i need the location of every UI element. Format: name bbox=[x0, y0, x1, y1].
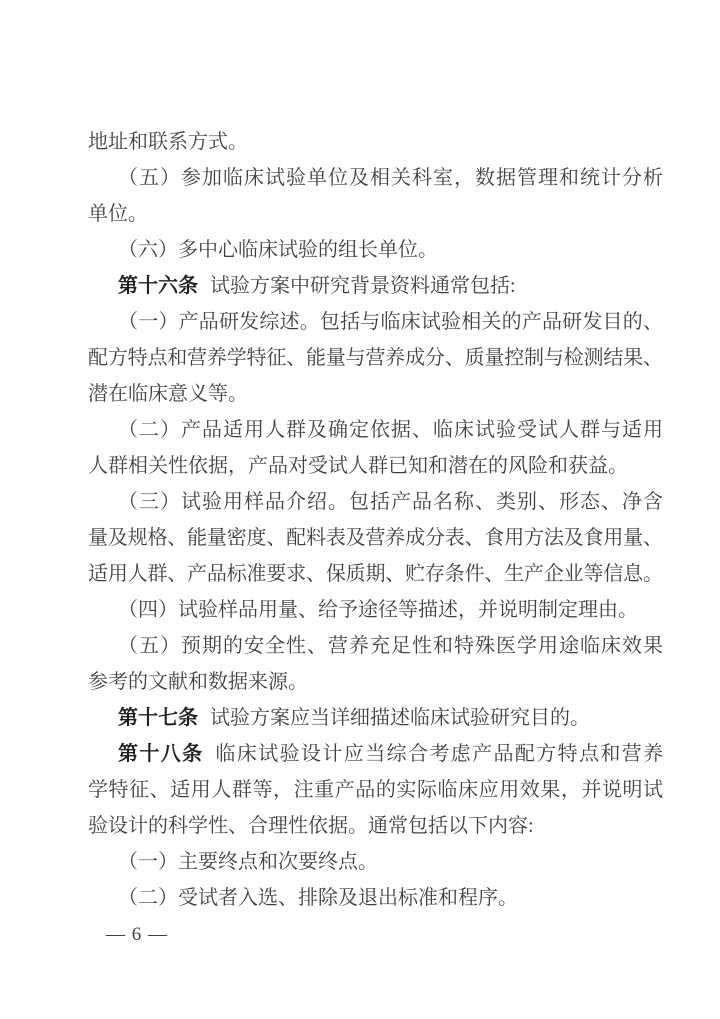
paragraph: （二）受试者入选、排除及退出标准和程序。 bbox=[88, 880, 663, 916]
document-page: 地址和联系方式。（五）参加临床试验单位及相关科室，数据管理和统计分析单位。（六）… bbox=[0, 0, 720, 1019]
text-line: 地址和联系方式。 bbox=[88, 124, 663, 160]
text-line: （六）多中心临床试验的组长单位。 bbox=[88, 232, 663, 268]
paragraph: （一）产品研发综述。包括与临床试验相关的产品研发目的、配方特点和营养学特征、能量… bbox=[88, 304, 663, 412]
line-text: 试验方案应当详细描述临床试验研究目的。 bbox=[210, 707, 590, 729]
text-line: （五）预期的安全性、营养充足性和特殊医学用途临床效果 bbox=[88, 628, 663, 664]
text-line: 学特征、适用人群等，注重产品的实际临床应用效果，并说明试 bbox=[88, 772, 663, 808]
text-line: （二）产品适用人群及确定依据、临床试验受试人群与适用 bbox=[88, 412, 663, 448]
paragraph: （二）产品适用人群及确定依据、临床试验受试人群与适用人群相关性依据，产品对受试人… bbox=[88, 412, 663, 484]
text-line: 潜在临床意义等。 bbox=[88, 376, 663, 412]
paragraph: （六）多中心临床试验的组长单位。 bbox=[88, 232, 663, 268]
article-number: 第十六条 bbox=[118, 275, 198, 297]
line-text: 人群相关性依据，产品对受试人群已知和潜在的风险和获益。 bbox=[88, 455, 628, 477]
paragraph: 第十六条试验方案中研究背景资料通常包括: bbox=[88, 268, 663, 304]
text-line: 量及规格、能量密度、配料表及营养成分表、食用方法及食用量、 bbox=[88, 520, 663, 556]
text-line: 第十六条试验方案中研究背景资料通常包括: bbox=[88, 268, 663, 304]
line-text: 单位。 bbox=[88, 203, 148, 225]
paragraph: （一）主要终点和次要终点。 bbox=[88, 844, 663, 880]
line-text: （三）试验用样品介绍。包括产品名称、类别、形态、净含 bbox=[118, 491, 664, 513]
text-line: 第十八条临床试验设计应当综合考虑产品配方特点和营养 bbox=[88, 736, 663, 772]
page-number: — 6 — bbox=[106, 924, 168, 945]
paragraph: （五）参加临床试验单位及相关科室，数据管理和统计分析单位。 bbox=[88, 160, 663, 232]
article-number: 第十八条 bbox=[118, 743, 204, 765]
line-text: （二）产品适用人群及确定依据、临床试验受试人群与适用 bbox=[118, 419, 664, 441]
line-text: 潜在临床意义等。 bbox=[88, 383, 248, 405]
line-text: （一）主要终点和次要终点。 bbox=[118, 851, 378, 873]
paragraph: 第十八条临床试验设计应当综合考虑产品配方特点和营养学特征、适用人群等，注重产品的… bbox=[88, 736, 663, 844]
line-text: （四）试验样品用量、给予途径等描述，并说明制定理由。 bbox=[118, 599, 638, 621]
text-line: （四）试验样品用量、给予途径等描述，并说明制定理由。 bbox=[88, 592, 663, 628]
text-line: （二）受试者入选、排除及退出标准和程序。 bbox=[88, 880, 663, 916]
line-text: 验设计的科学性、合理性依据。通常包括以下内容: bbox=[88, 815, 534, 837]
page-footer: — 6 — bbox=[106, 917, 168, 953]
text-line: 参考的文献和数据来源。 bbox=[88, 664, 663, 700]
paragraph: 第十七条试验方案应当详细描述临床试验研究目的。 bbox=[88, 700, 663, 736]
paragraph: （三）试验用样品介绍。包括产品名称、类别、形态、净含量及规格、能量密度、配料表及… bbox=[88, 484, 663, 592]
line-text: 地址和联系方式。 bbox=[88, 131, 248, 153]
text-line: （一）产品研发综述。包括与临床试验相关的产品研发目的、 bbox=[88, 304, 663, 340]
line-text: 临床试验设计应当综合考虑产品配方特点和营养 bbox=[216, 743, 665, 765]
paragraph: （四）试验样品用量、给予途径等描述，并说明制定理由。 bbox=[88, 592, 663, 628]
text-line: 第十七条试验方案应当详细描述临床试验研究目的。 bbox=[88, 700, 663, 736]
text-line: 人群相关性依据，产品对受试人群已知和潜在的风险和获益。 bbox=[88, 448, 663, 484]
line-text: 配方特点和营养学特征、能量与营养成分、质量控制与检测结果、 bbox=[88, 347, 663, 369]
line-text: （一）产品研发综述。包括与临床试验相关的产品研发目的、 bbox=[118, 311, 663, 333]
line-text: （五）参加临床试验单位及相关科室，数据管理和统计分析 bbox=[118, 167, 664, 189]
text-line: 配方特点和营养学特征、能量与营养成分、质量控制与检测结果、 bbox=[88, 340, 663, 376]
text-line: 适用人群、产品标准要求、保质期、贮存条件、生产企业等信息。 bbox=[88, 556, 663, 592]
text-line: （三）试验用样品介绍。包括产品名称、类别、形态、净含 bbox=[88, 484, 663, 520]
article-number: 第十七条 bbox=[118, 707, 198, 729]
line-text: 适用人群、产品标准要求、保质期、贮存条件、生产企业等信息。 bbox=[88, 563, 663, 585]
line-text: 学特征、适用人群等，注重产品的实际临床应用效果，并说明试 bbox=[88, 779, 664, 801]
line-text: （六）多中心临床试验的组长单位。 bbox=[118, 239, 438, 261]
text-line: （五）参加临床试验单位及相关科室，数据管理和统计分析 bbox=[88, 160, 663, 196]
document-body: 地址和联系方式。（五）参加临床试验单位及相关科室，数据管理和统计分析单位。（六）… bbox=[88, 124, 663, 916]
line-text: 参考的文献和数据来源。 bbox=[88, 671, 308, 693]
line-text: 试验方案中研究背景资料通常包括: bbox=[210, 275, 516, 297]
paragraph: 地址和联系方式。 bbox=[88, 124, 663, 160]
text-line: 验设计的科学性、合理性依据。通常包括以下内容: bbox=[88, 808, 663, 844]
text-line: 单位。 bbox=[88, 196, 663, 232]
line-text: （五）预期的安全性、营养充足性和特殊医学用途临床效果 bbox=[118, 635, 664, 657]
paragraph: （五）预期的安全性、营养充足性和特殊医学用途临床效果参考的文献和数据来源。 bbox=[88, 628, 663, 700]
line-text: （二）受试者入选、排除及退出标准和程序。 bbox=[118, 887, 518, 909]
text-line: （一）主要终点和次要终点。 bbox=[88, 844, 663, 880]
line-text: 量及规格、能量密度、配料表及营养成分表、食用方法及食用量、 bbox=[88, 527, 663, 549]
